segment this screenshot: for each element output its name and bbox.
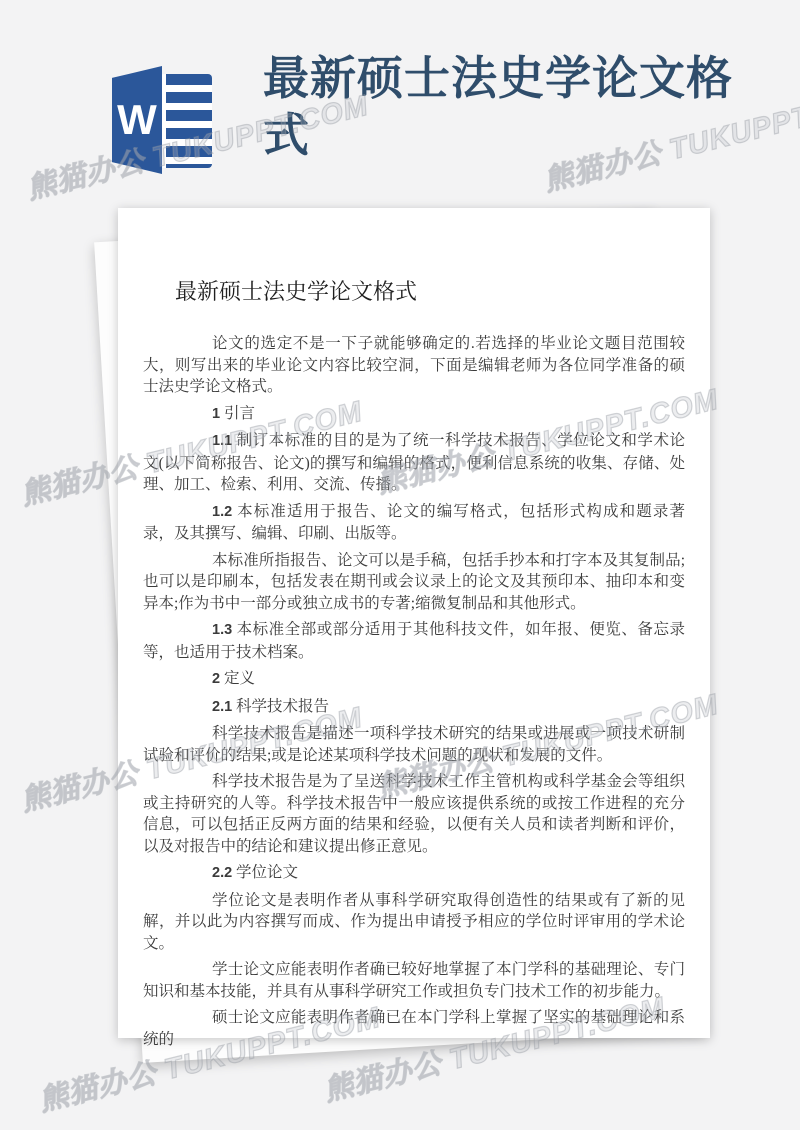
word-document-icon: W bbox=[112, 66, 214, 174]
doc-paragraph: 学位论文是表明作者从事科学研究取得创造性的结果或有了新的见解，并以此为内容撰写而… bbox=[143, 890, 685, 955]
section-number: 1.1 bbox=[212, 433, 232, 449]
doc-paragraph: 科学技术报告是描述一项科学技术研究的结果或进展或一项技术研制试验和评价的结果;或… bbox=[143, 723, 685, 766]
word-icon-letter: W bbox=[117, 99, 157, 141]
section-number: 1 bbox=[212, 406, 220, 422]
document-preview-page: W 最新硕士法史学论文格式 最新硕士法史学论文格式 论文的选定不是一下子就能够确… bbox=[0, 0, 800, 1130]
page-title-line1: 最新硕士法史学论文格 bbox=[263, 53, 733, 104]
doc-paragraph: 1.1 制订本标准的目的是为了统一科学技术报告、学位论文和学术论文(以下简称报告… bbox=[143, 430, 685, 496]
doc-paragraph: 1 引言 bbox=[143, 403, 685, 426]
document-body: 论文的选定不是一下子就能够确定的.若选择的毕业论文题目范围较大，则写出来的毕业论… bbox=[143, 333, 685, 1050]
section-number: 1.2 bbox=[212, 504, 232, 520]
section-number: 1.3 bbox=[212, 622, 232, 638]
word-icon-text-lines bbox=[166, 74, 212, 168]
doc-paragraph: 本标准所指报告、论文可以是手稿，包括手抄本和打字本及其复制品;也可以是印刷本，包… bbox=[143, 550, 685, 615]
word-icon-sheet bbox=[160, 74, 212, 168]
page-title: 最新硕士法史学论文格式 bbox=[263, 50, 763, 164]
section-number: 2 bbox=[212, 671, 220, 687]
doc-paragraph: 科学技术报告是为了呈送科学技术工作主管机构或科学基金会等组织或主持研究的人等。科… bbox=[143, 771, 685, 857]
document-page: 最新硕士法史学论文格式 论文的选定不是一下子就能够确定的.若选择的毕业论文题目范… bbox=[118, 208, 710, 1038]
word-icon-cover: W bbox=[112, 66, 162, 174]
doc-paragraph: 1.3 本标准全部或部分适用于其他科技文件，如年报、便览、备忘录等，也适用于技术… bbox=[143, 619, 685, 663]
document-title: 最新硕士法史学论文格式 bbox=[175, 278, 685, 306]
doc-paragraph: 2 定义 bbox=[143, 668, 685, 691]
page-title-line2: 式 bbox=[263, 110, 310, 161]
doc-paragraph: 2.1 科学技术报告 bbox=[143, 696, 685, 719]
section-number: 2.2 bbox=[212, 865, 232, 881]
doc-paragraph: 学士论文应能表明作者确已较好地掌握了本门学科的基础理论、专门知识和基本技能，并具… bbox=[143, 959, 685, 1002]
doc-paragraph: 硕士论文应能表明作者确已在本门学科上掌握了坚实的基础理论和系统的 bbox=[143, 1007, 685, 1050]
doc-paragraph: 2.2 学位论文 bbox=[143, 862, 685, 885]
section-number: 2.1 bbox=[212, 699, 232, 715]
doc-paragraph: 论文的选定不是一下子就能够确定的.若选择的毕业论文题目范围较大，则写出来的毕业论… bbox=[143, 333, 685, 398]
doc-paragraph: 1.2 本标准适用于报告、论文的编写格式，包括形式构成和题录著录，及其撰写、编辑… bbox=[143, 501, 685, 545]
